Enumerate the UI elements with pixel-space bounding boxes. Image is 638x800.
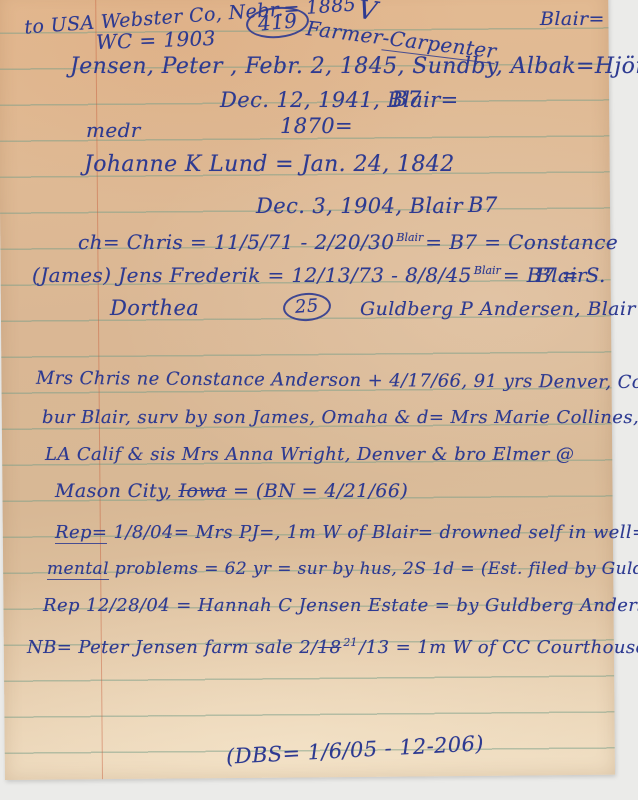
nb-pre: NB= Peter Jensen farm sale 2/ <box>27 637 318 658</box>
obituary-line2: bur Blair, surv by son James, Omaha & d=… <box>42 407 638 428</box>
child-line-chris: ch= Chris = 11/5/71 - 2/20/30Blair= B7 =… <box>78 230 618 254</box>
place-superscript: Blair <box>474 264 501 277</box>
corrected-number: 21 <box>343 636 357 649</box>
subject-entry-line: Jensen, Peter , Febr. 2, 1845, Sundby, A… <box>70 54 638 79</box>
record-number: 419 <box>245 4 311 40</box>
child-label: (James) <box>32 263 111 287</box>
spouse-plot: B7 <box>468 193 498 217</box>
obituary-line4-post: = (BN = 4/21/66) <box>227 480 408 502</box>
subject-death-line: Dec. 12, 1941, Blair= <box>220 88 459 112</box>
obituary-line3: LA Calif & sis Mrs Anna Wright, Denver &… <box>45 444 574 465</box>
struck-word: Iowa <box>179 480 227 502</box>
child-dates: Jens Frederik = 12/13/73 - 8/8/45 <box>111 263 471 287</box>
obituary-line4-pre: Mason City, <box>55 480 179 502</box>
spouse-death-line: Dec. 3, 1904, Blair <box>256 194 463 218</box>
child-line-dorthea: Dorthea <box>110 296 199 320</box>
report-line1: Rep= 1/8/04= Mrs PJ=, 1m W of Blair= dro… <box>55 522 638 543</box>
report-label: Rep= <box>55 522 107 544</box>
marriage-year: 1870= <box>280 114 353 138</box>
child-note: Guldberg P Andersen, Blair <box>360 298 636 320</box>
report-text: 1/8/04= Mrs PJ=, 1m W of Blair= drowned … <box>107 522 638 543</box>
child-label: ch= <box>78 230 120 254</box>
town-note: Blair= <box>540 8 605 30</box>
child-line-jens-frederik: (James) Jens Frederik = 12/13/73 - 8/8/4… <box>32 263 606 287</box>
struck-number: 18 <box>318 637 342 658</box>
child-rest: = B7 = Constance <box>425 230 618 254</box>
scanned-document-page: { "colors": { "ink": "#2d3a91", "paper":… <box>0 0 638 800</box>
obituary-line4: Mason City, Iowa = (BN = 4/21/66) <box>55 480 408 502</box>
child-town-note: Blair <box>536 263 587 287</box>
place-superscript: Blair <box>396 231 423 244</box>
subject-plot: B7 <box>392 87 422 111</box>
spouse-entry-line: Johanne K Lund = Jan. 24, 1842 <box>84 152 455 177</box>
child-number-circled: 25 <box>282 291 332 322</box>
marriage-status-note: medr <box>86 118 141 142</box>
record-number-circled: 419 <box>245 4 311 40</box>
migration-note-line2: WC = 1903 <box>96 26 217 54</box>
report-text: problems = 62 yr = sur by hus, 2S 1d = (… <box>109 559 638 579</box>
child-number: 25 <box>282 291 332 322</box>
report-line1-continued: mental problems = 62 yr = sur by hus, 2S… <box>47 559 638 579</box>
report-line2: Rep 12/28/04 = Hannah C Jensen Estate = … <box>43 595 638 616</box>
nb-post: /13 = 1m W of CC Courthouse <box>359 637 638 658</box>
underlined-word: mental <box>47 559 109 580</box>
nb-farm-sale-note: NB= Peter Jensen farm sale 2/1821/13 = 1… <box>27 636 638 658</box>
child-dates: Chris = 11/5/71 - 2/20/30 <box>120 230 394 254</box>
